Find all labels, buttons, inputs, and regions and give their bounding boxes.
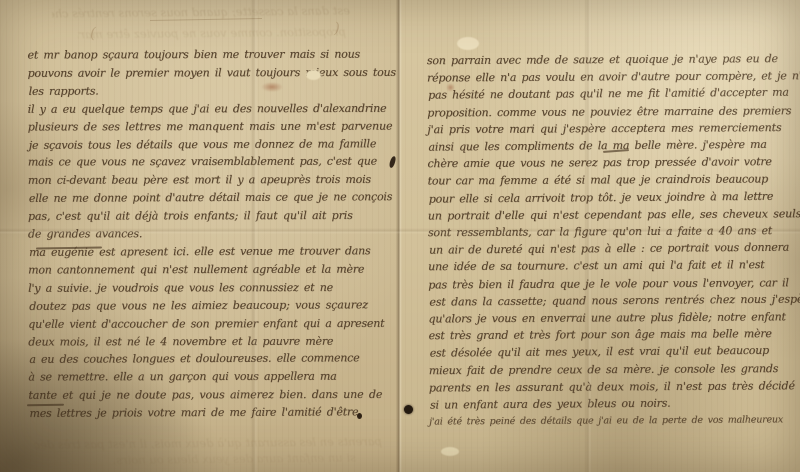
manuscript-line: mon cantonnement qui n'est nullement agr… — [28, 260, 396, 279]
manuscript-line: a eu des couches longues et douloureuses… — [29, 350, 397, 370]
showthrough-underline — [150, 18, 262, 21]
manuscript-line: les rapports. — [29, 81, 397, 101]
manuscript-line: à se remettre. elle a un garçon qui vous… — [28, 368, 396, 387]
manuscript-line: chère amie que vous ne serez pas trop pr… — [427, 153, 800, 173]
manuscript-text-right: son parrain avec mde de sauze et quoique… — [427, 50, 800, 431]
faint-parenthesis-open: ( — [90, 24, 96, 42]
manuscript-line: deux mois, il est né le 4 novembre et la… — [28, 332, 396, 351]
manuscript-line: plusieurs de ses lettres me manquent mai… — [28, 117, 396, 136]
vertical-crease-right — [584, 0, 592, 472]
vertical-crease-left — [250, 0, 258, 472]
manuscript-line: pouvons avoir le premier moyen il vaut t… — [28, 64, 396, 83]
manuscript-line: pas hésité ne doutant pas qu'il ne me fi… — [428, 84, 800, 104]
manuscript-line: est désolée qu'il ait mes yeux, il est v… — [430, 342, 800, 362]
manuscript-line: tante et qui je ne doute pas, vous aimer… — [28, 386, 396, 405]
manuscript-line: une idée de sa tournure. c'est un ami qu… — [428, 256, 800, 276]
letter-page-left: est dans la cassette; quand nous serons … — [0, 0, 399, 472]
manuscript-line: elle ne me donne point d'autre détail ma… — [29, 188, 397, 208]
manuscript-line: j'ai été très peiné des détails que j'ai… — [429, 411, 800, 431]
manuscript-line: mon ci-devant beau père est mort il y a … — [28, 171, 396, 190]
ink-blot-left-page — [357, 413, 362, 419]
ink-showthrough-bottom-1: parents en les assurant qu'à deux mois, … — [34, 434, 382, 454]
manuscript-line: et mr banop sçaura toujours bien me trou… — [28, 46, 396, 65]
manuscript-line: l'y a suivie. je voudrois que vous les c… — [28, 279, 396, 298]
manuscript-line: ma eugénie est apresent ici. elle est ve… — [29, 242, 397, 262]
letter-scan: est dans la cassette; quand nous serons … — [0, 0, 800, 472]
manuscript-line: proposition. comme vous ne pouviez être … — [427, 102, 800, 122]
manuscript-line: mieux fait de prendre ceux de sa mère. j… — [429, 359, 800, 379]
manuscript-line: qu'alors je vous en enverrai une autre p… — [428, 308, 800, 328]
ink-blot-right-margin — [404, 405, 413, 414]
ink-showthrough-top-2: proposition. comme vous ne pouviez être … — [78, 25, 346, 45]
manuscript-line: mes lettres je priois votre mari de me f… — [29, 403, 397, 423]
manuscript-line: si un enfant aura des yeux bleus ou noir… — [430, 393, 800, 413]
manuscript-line: doutez pas que vous ne les aimiez beauco… — [29, 296, 397, 316]
manuscript-line: qu'elle vient d'accoucher de son premier… — [28, 314, 396, 333]
ink-showthrough-top-1: est dans la cassette; quand nous serons … — [52, 3, 350, 23]
manuscript-line: pas, c'est qu'il ait déjà trois enfants;… — [28, 207, 396, 226]
manuscript-line: est dans la cassette; quand nous serons … — [429, 290, 800, 310]
manuscript-line: un portrait d'elle qui n'est cependant p… — [428, 205, 800, 225]
center-fold-crease — [396, 0, 402, 472]
manuscript-line: il y a eu quelque temps que j'ai eu des … — [28, 100, 396, 119]
letter-page-right: son parrain avec mde de sauze et quoique… — [399, 0, 800, 472]
manuscript-text-left: et mr banop sçaura toujours bien me trou… — [28, 46, 397, 423]
horizontal-fold-crease — [0, 228, 800, 234]
manuscript-line: un air de dureté qui n'est pas à elle : … — [429, 239, 800, 259]
ink-showthrough-bottom-2: si un enfant aura des yeux bleus ou noir… — [56, 450, 356, 468]
manuscript-line: son parrain avec mde de sauze et quoique… — [427, 50, 800, 70]
manuscript-line: ainsi que les compliments de la ma belle… — [428, 135, 800, 155]
manuscript-line: je sçavois tous les détails que vous me … — [29, 135, 397, 155]
faint-parenthesis-close: ) — [334, 19, 340, 37]
manuscript-line: pour elle si cela arrivoit trop tôt. je … — [429, 187, 800, 207]
manuscript-line: mais ce que vous ne sçavez vraisemblable… — [28, 153, 396, 172]
